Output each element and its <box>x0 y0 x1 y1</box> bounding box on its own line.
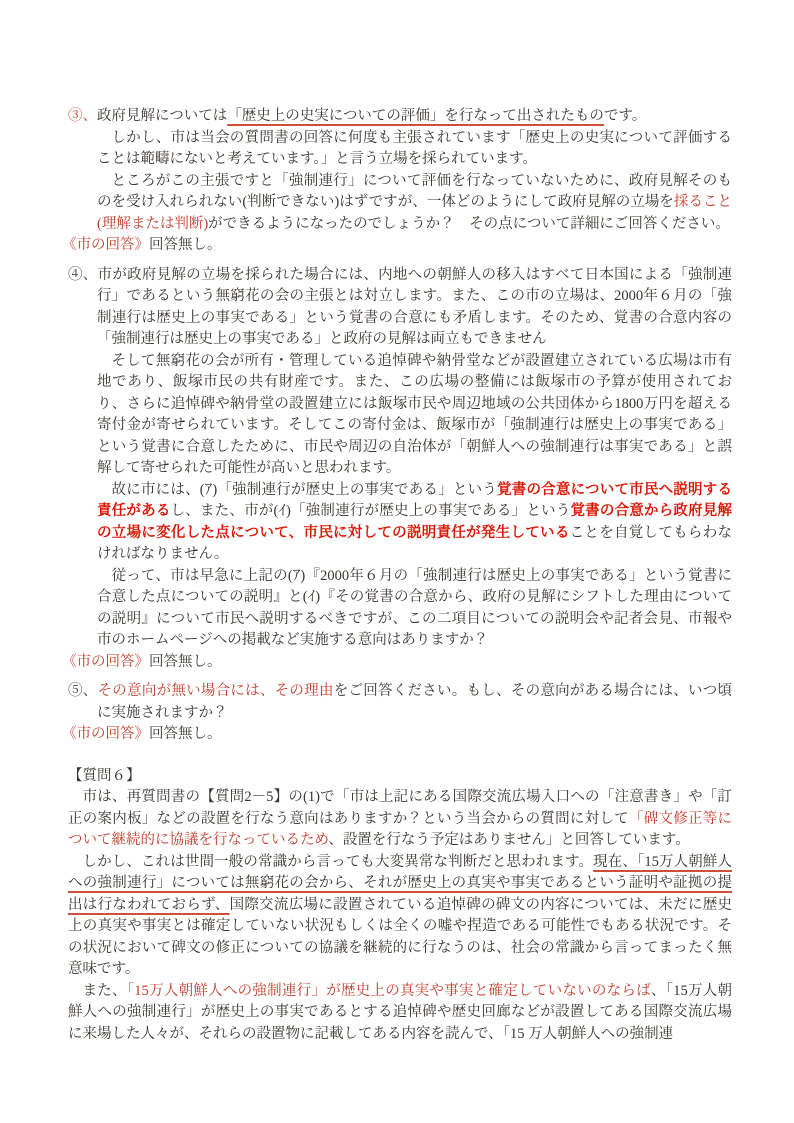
paragraph: しかし、市は当会の質問書の回答に何度も主張されています「歴史上の史実について評価… <box>97 128 732 171</box>
city-answer: 《市の回答》回答無し。 <box>62 235 732 257</box>
item-number: ⑤、 <box>68 683 98 699</box>
text-run: 故に市には、(ｱ)「強制連行が歴史上の事実である」という <box>112 482 498 498</box>
paragraph: 従って、市は早急に上記の(ｱ)『2000年６月の「強制連行は歴史上の事実である」… <box>97 566 732 652</box>
item-number: ④、 <box>68 267 98 283</box>
text-run: また、 <box>83 983 127 999</box>
item-number: ③、 <box>68 108 97 124</box>
text-run: 、設置を行なう予定はありません」と回答しています。 <box>328 832 689 848</box>
paragraph: 市は、再質問書の【質問2－5】の(1)で「市は上記にある国際交流広場入口への「注… <box>68 787 732 852</box>
paragraph: しかし、これは世間一般の常識から言っても大変異常な判断だと思われます。現在、「1… <box>68 852 732 981</box>
city-answer-label: 《市の回答》 <box>62 726 149 742</box>
question-6-section: 【質問６】 市は、再質問書の【質問2－5】の(1)で「市は上記にある国際交流広場… <box>68 766 732 1046</box>
paragraph: また、「15万人朝鮮人への強制連行」が歴史上の真実や事実と確定していないのならば… <box>68 981 732 1046</box>
text-run: しかし、市は当会の質問書の回答に何度も主張されています「歴史上の史実について評価… <box>97 130 732 168</box>
paragraph: そして無窮花の会が所有・管理している追悼碑や納骨堂などが設置建立されている広場は… <box>97 351 732 480</box>
city-answer-text: 回答無し。 <box>149 237 222 253</box>
question-item-3: ③、政府見解については「歴史上の史実についての評価」を行なって出されたものです。… <box>97 106 732 235</box>
paragraph: ところがこの主張ですと「強制連行」について評価を行なっていないために、政府見解そ… <box>97 171 732 236</box>
text-run: 「15万人朝鮮人への強制連行」が歴史上の真実や事実と確定していないのならば <box>127 983 651 999</box>
city-answer-label: 《市の回答》 <box>62 237 149 253</box>
paragraph: 故に市には、(ｱ)「強制連行が歴史上の事実である」という覚書の合意について市民へ… <box>97 480 732 566</box>
paragraph: ⑤、その意向が無い場合には、その理由をご回答ください。もし、その意向がある場合に… <box>97 681 732 724</box>
paragraph-text: その意向が無い場合には、その理由をご回答ください。もし、その意向がある場合には、… <box>97 683 732 721</box>
city-answer-text: 回答無し。 <box>149 654 222 670</box>
question-6-heading: 【質問６】 <box>68 766 732 788</box>
text-run: 従って、市は早急に上記の(ｱ)『2000年６月の「強制連行は歴史上の事実である」… <box>97 568 732 649</box>
text-run: 政府見解については <box>97 108 227 124</box>
question-item-4: ④、市が政府見解の立場を採られた場合には、内地への朝鮮人の移入はすべて日本国によ… <box>97 265 732 652</box>
text-run: です。 <box>604 108 646 124</box>
city-answer: 《市の回答》回答無し。 <box>62 652 732 674</box>
text-run: しかし、これは世間一般の常識から言っても大変異常な判断だと思われます。 <box>83 854 594 870</box>
text-run: ところがこの主張ですと「強制連行」について評価を行なっていないために、政府見解そ… <box>97 173 732 211</box>
paragraph-text: 市が政府見解の立場を採られた場合には、内地への朝鮮人の移入はすべて日本国による「… <box>97 267 732 348</box>
paragraph: ③、政府見解については「歴史上の史実についての評価」を行なって出されたものです。 <box>97 106 732 128</box>
document-page: ③、政府見解については「歴史上の史実についての評価」を行なって出されたものです。… <box>0 0 794 1123</box>
text-run: その意向が無い場合には、その理由 <box>98 683 334 699</box>
paragraph-text: 政府見解については「歴史上の史実についての評価」を行なって出されたものです。 <box>97 108 646 124</box>
city-answer-label: 《市の回答》 <box>62 654 149 670</box>
text-run: 市が政府見解の立場を採られた場合には、内地への朝鮮人の移入はすべて日本国による「… <box>97 267 732 348</box>
text-run: ができるようになったのでしょうか？ その点について詳細にご回答ください。 <box>208 216 730 232</box>
text-run: そして無窮花の会が所有・管理している追悼碑や納骨堂などが設置建立されている広場は… <box>97 353 732 477</box>
question-item-5: ⑤、その意向が無い場合には、その理由をご回答ください。もし、その意向がある場合に… <box>97 681 732 724</box>
text-run: し、また、市が(ｲ)「強制連行が歴史上の事実である」という <box>171 503 571 519</box>
paragraph: ④、市が政府見解の立場を採られた場合には、内地への朝鮮人の移入はすべて日本国によ… <box>97 265 732 351</box>
city-answer-text: 回答無し。 <box>149 726 222 742</box>
text-run: 「歴史上の史実についての評価」を行なって出されたもの <box>227 108 604 124</box>
city-answer: 《市の回答》回答無し。 <box>62 724 732 746</box>
